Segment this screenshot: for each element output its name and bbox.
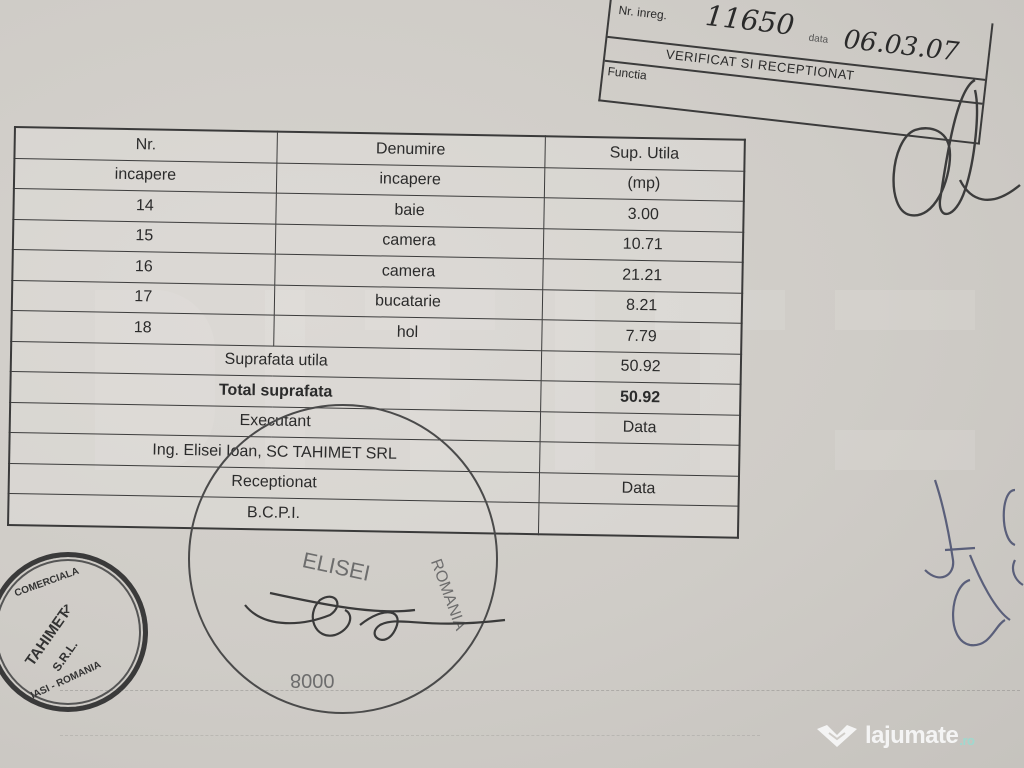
handshake-logo-icon <box>815 723 859 749</box>
header-name: Denumire <box>276 132 545 168</box>
room-number: 16 <box>12 249 274 284</box>
room-name: camera <box>275 224 543 259</box>
brand-watermark: lajumate .ro <box>815 722 975 750</box>
header-area: Sup. Utila <box>544 136 745 170</box>
room-area: 21.21 <box>542 259 743 293</box>
room-name: baie <box>275 193 543 228</box>
total-area-value: 50.92 <box>540 381 741 415</box>
brand-name: lajumate <box>865 722 958 750</box>
header-name-sub: incapere <box>276 163 544 198</box>
header-area-unit: (mp) <box>544 167 745 201</box>
paper-lines <box>60 690 1020 691</box>
room-name: camera <box>274 254 542 289</box>
brand-tld: .ro <box>959 733 974 748</box>
engineer-stamp-name: ELISEI <box>300 547 372 587</box>
executant-date-label: Data <box>540 411 741 445</box>
header-nr-sub: incapere <box>14 158 276 193</box>
paper-lines <box>60 735 760 736</box>
room-area: 10.71 <box>543 228 744 262</box>
room-number: 17 <box>12 280 274 315</box>
company-stamp: COMERCIALA 1 TAHIMET S.R.L. IASI - ROMAN… <box>0 552 148 712</box>
signature-top-right <box>880 70 1024 230</box>
room-number: 14 <box>13 189 275 224</box>
company-stamp-top: COMERCIALA <box>13 566 80 600</box>
useful-area-value: 50.92 <box>541 350 742 384</box>
signature-right <box>915 470 1024 660</box>
room-area: 8.21 <box>542 289 743 323</box>
received-date-value <box>538 503 739 537</box>
header-nr: Nr. <box>14 127 277 163</box>
engineer-signature <box>235 585 525 675</box>
function-label: Functia <box>607 64 648 82</box>
room-area: 7.79 <box>541 320 742 354</box>
executant-date-value <box>539 442 740 476</box>
room-area: 3.00 <box>543 198 744 232</box>
room-number: 18 <box>11 310 273 345</box>
registration-date-label: data <box>808 33 829 46</box>
room-name: bucatarie <box>274 285 542 320</box>
room-number: 15 <box>13 219 275 254</box>
room-name: hol <box>273 315 541 350</box>
received-date-label: Data <box>539 472 740 506</box>
